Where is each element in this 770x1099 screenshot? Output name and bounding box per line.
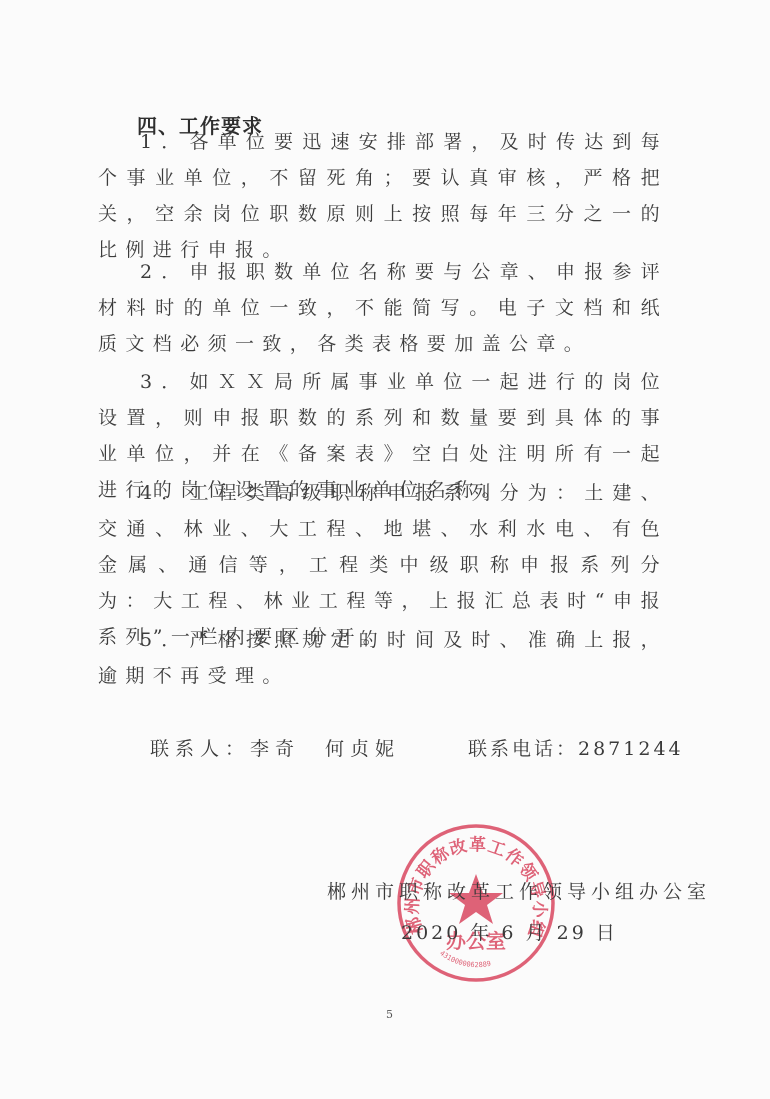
document-page: 四、工作要求 1．各单位要迅速安排部署，及时传达到每个事业单位，不留死角；要认真… xyxy=(0,0,770,1099)
requirement-item-5: 5．严格按照规定的时间及时、准确上报，逾期不再受理。 xyxy=(98,622,668,694)
requirement-item-2: 2．申报职数单位名称要与公章、申报参评材料时的单位一致，不能简写。电子文档和纸质… xyxy=(98,254,668,362)
contact-person: 联系人：李奇 何贞妮 xyxy=(150,734,400,761)
page-number: 5 xyxy=(386,1008,393,1021)
requirement-item-1: 1．各单位要迅速安排部署，及时传达到每个事业单位，不留死角；要认真审核，严格把关… xyxy=(98,124,668,268)
contact-phone: 联系电话：2871244 xyxy=(468,734,684,761)
issue-date: 2020 年 6 月 29 日 xyxy=(401,918,618,945)
issuer-name: 郴州市职称改革工作领导小组办公室 xyxy=(327,877,711,904)
